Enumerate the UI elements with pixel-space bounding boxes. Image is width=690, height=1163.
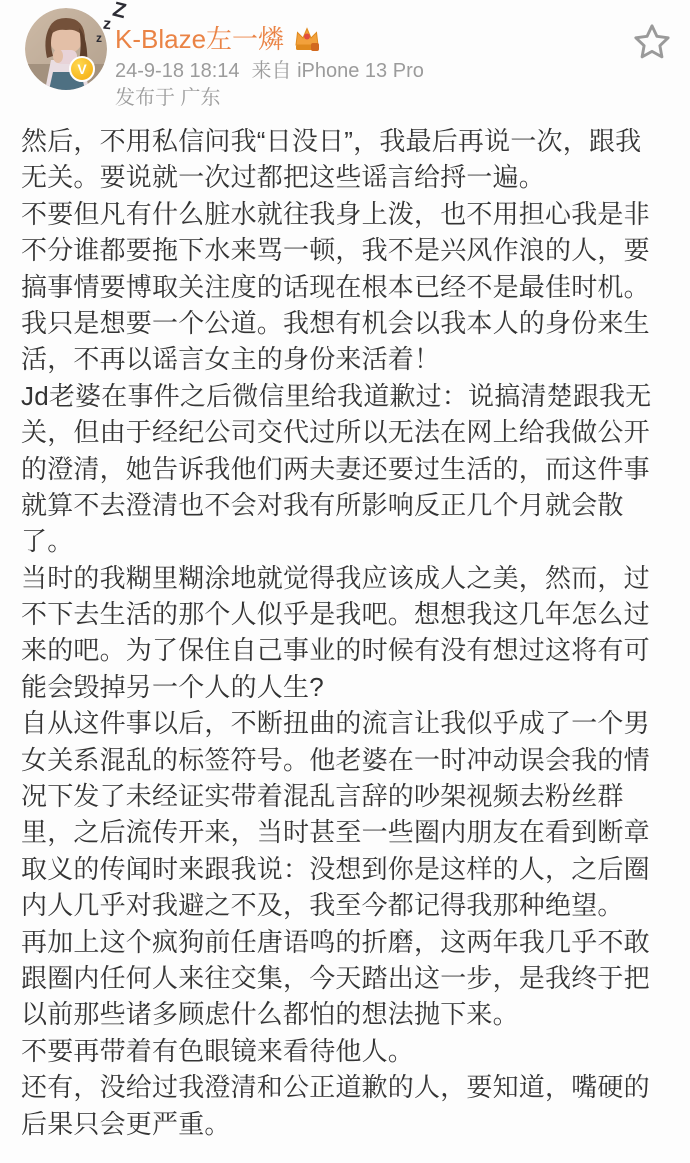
vip-crown-icon[interactable]: [292, 24, 322, 54]
timestamp: 24-9-18 18:14: [115, 59, 240, 83]
avatar-photo: [25, 8, 107, 90]
post-text-line: 就算不去澄清也不会对我有所影响反正几个月就会散: [21, 487, 677, 523]
post-text-line: 后果只会更严重。: [21, 1106, 677, 1142]
post-text-line: 当时的我糊里糊涂地就觉得我应该成人之美，然而，过: [21, 560, 677, 596]
post-text-line: 了。: [21, 523, 677, 559]
post-text-line: Jd老婆在事件之后微信里给我道歉过：说搞清楚跟我无: [21, 378, 677, 414]
star-icon: [630, 20, 674, 64]
post-text-line: 不分谁都要拖下水来骂一顿，我不是兴风作浪的人，要: [21, 232, 677, 268]
post-text-line: 女关系混乱的标签符号。他老婆在一时冲动误会我的情: [21, 742, 677, 778]
post-text-line: 来的吧。为了保住自己事业的时候有没有想过这将有可: [21, 632, 677, 668]
post-text-line: 况下发了未经证实带着混乱言辞的吵架视频去粉丝群: [21, 778, 677, 814]
post-text-line: 自从这件事以后，不断扭曲的流言让我似乎成了一个男: [21, 705, 677, 741]
source-device-link[interactable]: 来自 iPhone 13 Pro: [252, 59, 424, 83]
post-text-line: 再加上这个疯狗前任唐语鸣的折磨，这两年我几乎不敢: [21, 924, 677, 960]
post-text-line: 活，不再以谣言女主的身份来活着！: [21, 341, 677, 377]
post-text-line: 内人几乎对我避之不及，我至今都记得我那种绝望。: [21, 887, 677, 923]
post-content: 然后，不用私信问我“日没日”，我最后再说一次，跟我无关。要说就一次过都把这些谣言…: [21, 123, 677, 1142]
post-text-line: 以前那些诸多顾虑什么都怕的想法抛下来。: [21, 996, 677, 1032]
post-text-line: 然后，不用私信问我“日没日”，我最后再说一次，跟我: [21, 123, 677, 159]
post-header: Z z z V K-Blaze左一燐 24-9-18 18:14 来自 iPho…: [0, 0, 690, 115]
post-text-line: 关，但由于经纪公司交代过所以无法在网上给我做公开: [21, 414, 677, 450]
post-text-line: 的澄清，她告诉我他们两夫妻还要过生活的，而这件事: [21, 451, 677, 487]
post-text-line: 我只是想要一个公道。我想有机会以我本人的身份来生: [21, 305, 677, 341]
post-text-line: 无关。要说就一次过都把这些谣言给捋一遍。: [21, 159, 677, 195]
post-text-line: 跟圈内任何人来往交集，今天踏出这一步，是我终于把: [21, 960, 677, 996]
post-text-line: 搞事情要博取关注度的话现在根本已经不是最佳时机。: [21, 269, 677, 305]
post-text-line: 不要再带着有色眼镜来看待他人。: [21, 1033, 677, 1069]
post-text-line: 里，之后流传开来，当时甚至一些圈内朋友在看到断章: [21, 814, 677, 850]
post-text-line: 能会毁掉另一个人的人生?: [21, 669, 677, 705]
weibo-post-page: Z z z V K-Blaze左一燐 24-9-18 18:14 来自 iPho…: [0, 0, 690, 1163]
avatar[interactable]: Z z z V: [25, 8, 107, 90]
post-meta: 24-9-18 18:14 来自 iPhone 13 Pro: [115, 59, 424, 83]
post-text-line: 不要但凡有什么脏水就往我身上泼，也不用担心我是非: [21, 196, 677, 232]
verified-badge-icon: V: [69, 56, 95, 82]
post-text-line: 取义的传闻时来跟我说：没想到你是这样的人，之后圈: [21, 851, 677, 887]
favorite-star-button[interactable]: [628, 18, 676, 66]
username[interactable]: K-Blaze左一燐: [115, 24, 284, 54]
post-text-line: 不下去生活的那个人似乎是我吧。想想我这几年怎么过: [21, 596, 677, 632]
post-location: 发布于 广东: [115, 86, 221, 110]
post-text-line: 还有，没给过我澄清和公正道歉的人，要知道，嘴硬的: [21, 1069, 677, 1105]
